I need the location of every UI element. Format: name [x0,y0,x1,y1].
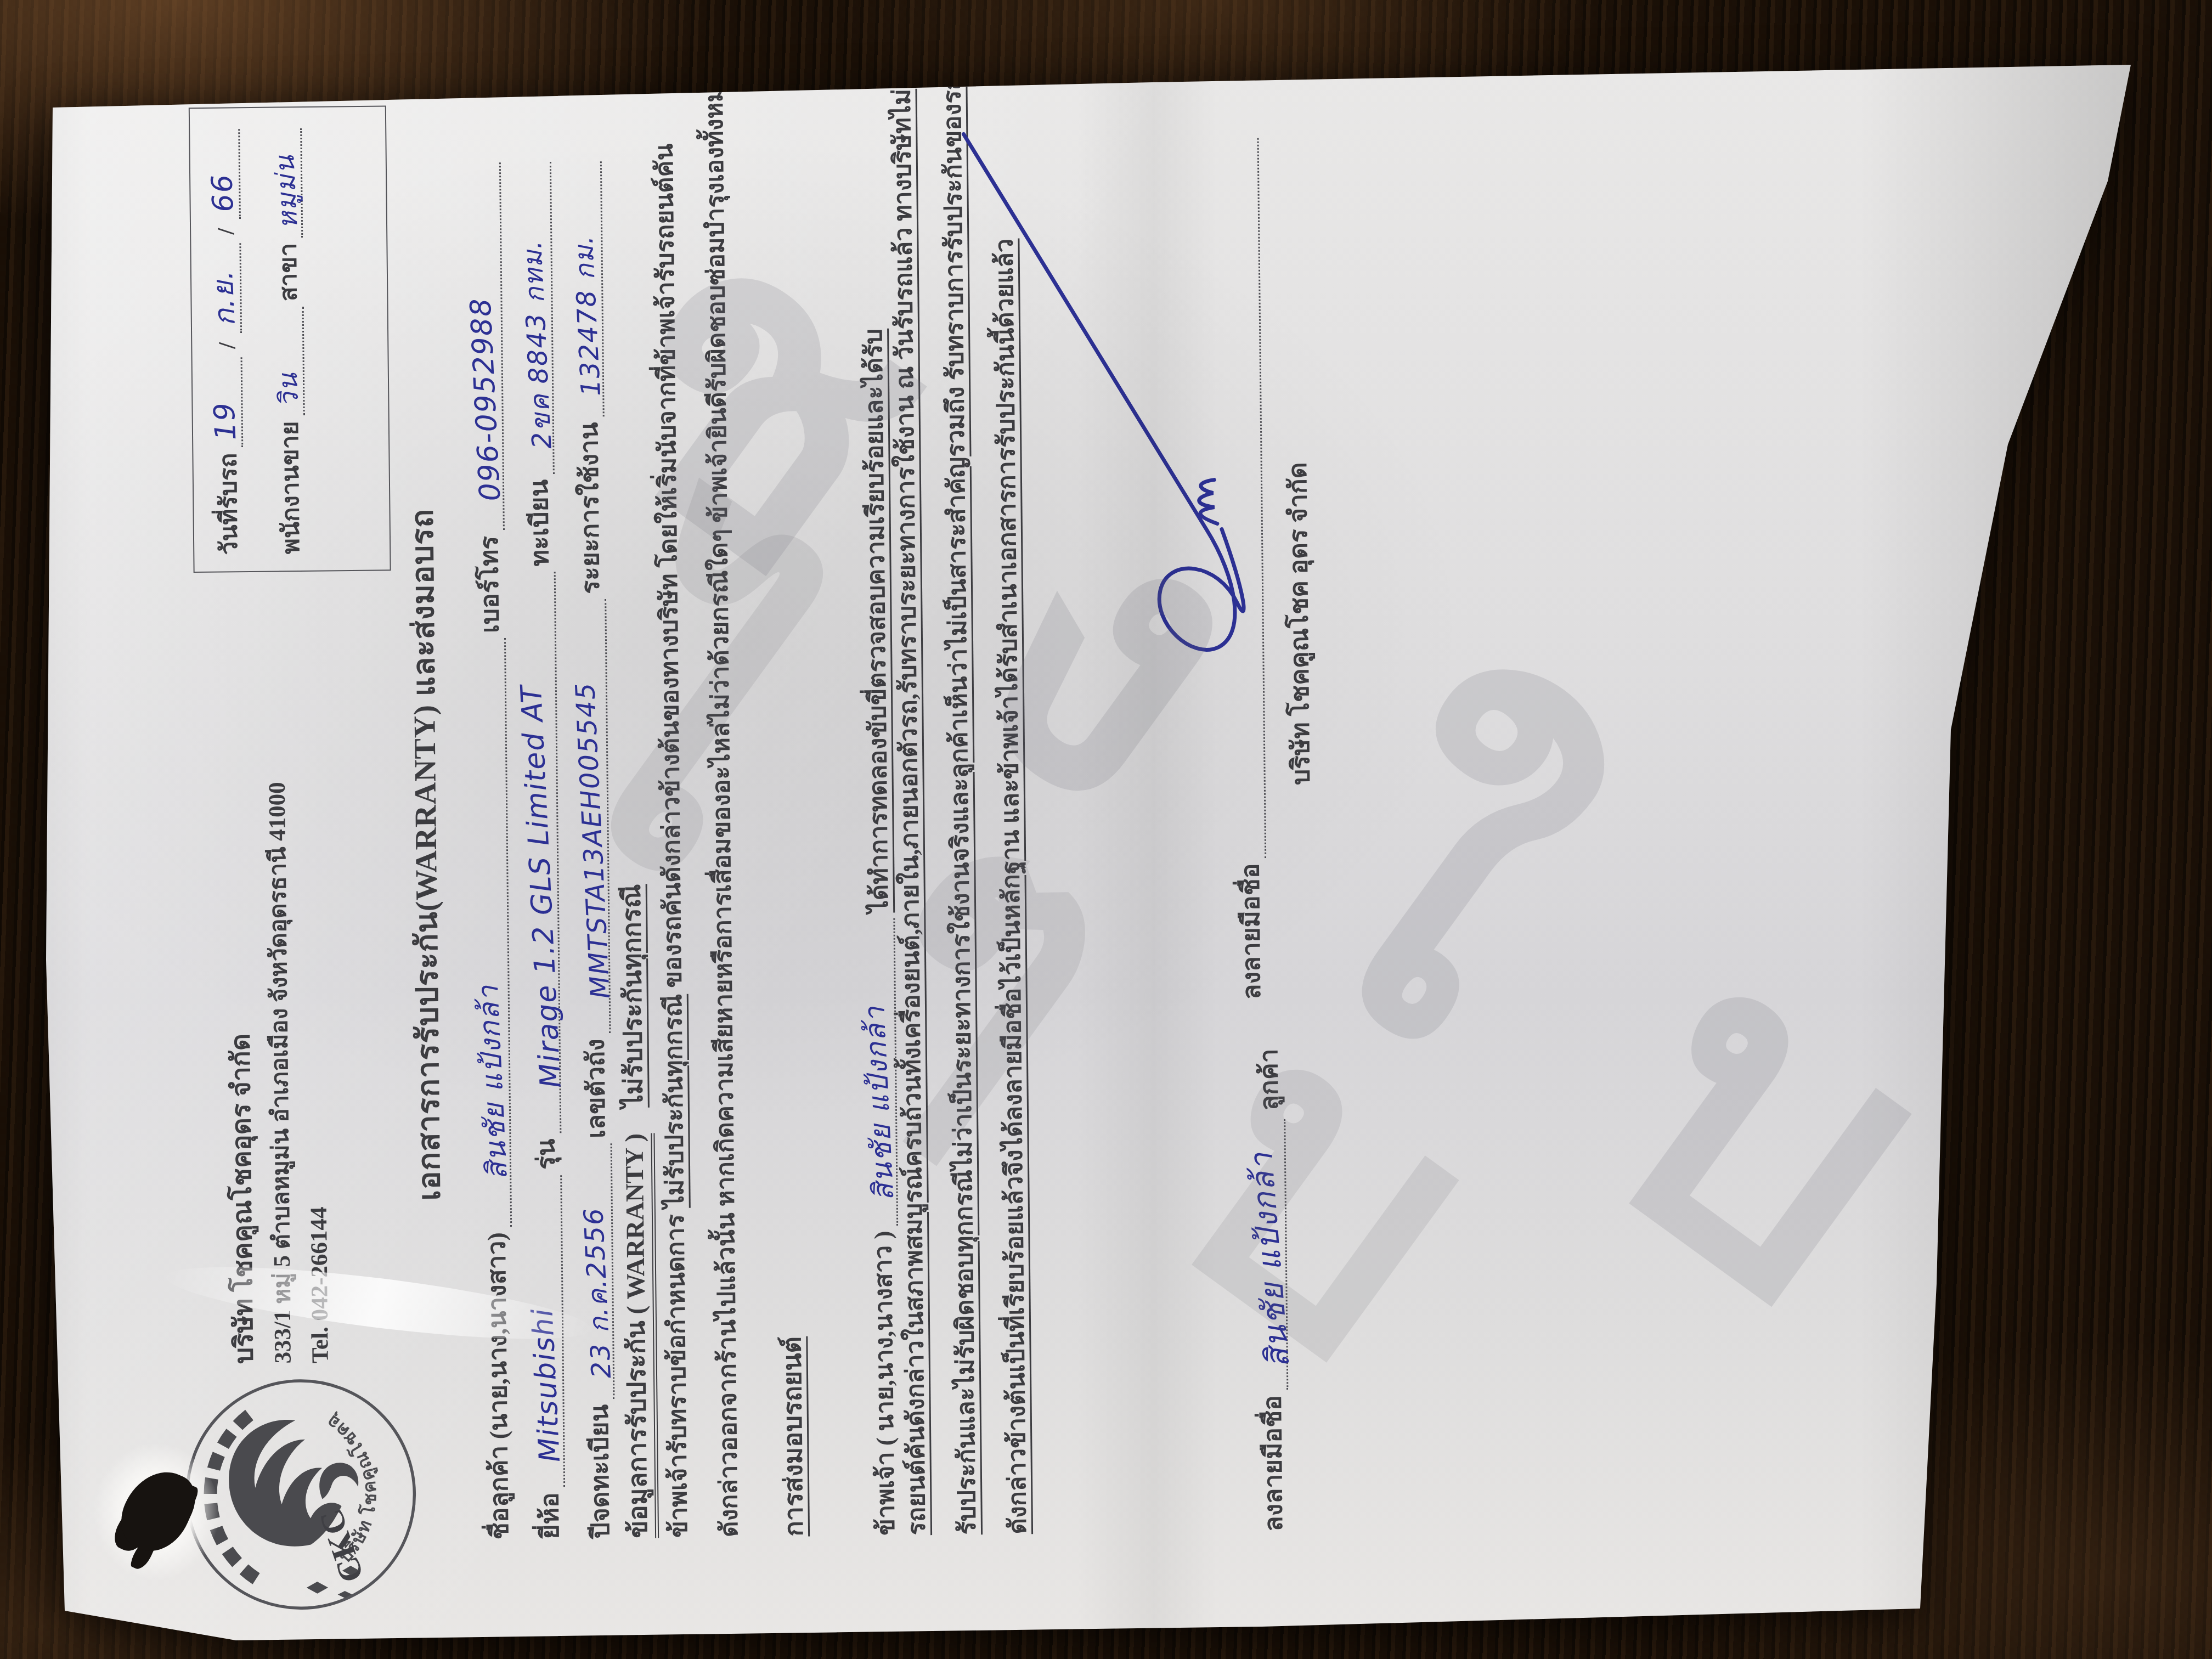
plate-handwriting: 2ขค 8843 กทม. [516,239,559,450]
company-header: บริษัท โชคคูณโชคอุดร จำกัด 333/1 หมู่ 5 … [220,595,335,1364]
date-day-handwriting: 19 [207,401,244,441]
slash: / [211,224,241,238]
regyear-field: 23 ก.ค.2556 [604,1144,615,1399]
date-year-field: 66 [232,129,241,219]
seller-label: พนักงานขาย [275,421,307,554]
slash: / [212,338,242,352]
delivery-section-heading: การส่งมอบรถยนต์ [776,1336,811,1537]
regyear-label: ปีจดทะเบียน [583,1404,616,1539]
date-month-handwriting: ก.ย. [205,269,244,327]
customer-label: ชื่อลูกค้า (นาย,นาง,นางสาว) [481,1232,515,1540]
date-box: วันที่รับรถ 19 / ก.ย. / 66 พนักงานขาย วิ… [189,105,391,573]
mileage-field: 132478 กม. [594,161,605,416]
date-row: วันที่รับรถ 19 / ก.ย. / 66 [210,123,244,555]
company-phone: Tel. 042-266144 [298,595,335,1363]
warranty-line1-a: ข้าพเจ้ารับทราบข้อกำหนดการ [662,1208,692,1538]
seller-field: วิน [296,307,305,416]
paper-crease-shadow [1075,0,1218,1659]
mileage-handwriting: 132478 กม. [567,234,608,397]
photo-of-warranty-document: บริษัท โชคคูณโชคอุดร CKC บริษัท โชคคูณโช… [0,0,2212,1659]
branch-label: สาขา [273,243,303,302]
phone-handwriting: 096-0952988 [463,296,509,501]
paper-sheet-wrap: บริษัท โชคคูณโชคอุดร CKC บริษัท โชคคูณโช… [0,0,2212,1659]
date-label: วันที่รับรถ [213,453,244,555]
branch-handwriting: หมูม่น [268,154,305,230]
date-day-field: 19 [234,358,244,448]
seller-handwriting: วิน [272,371,306,408]
customer-name-handwriting: สินชัย แป้งกล้า [471,984,516,1181]
model-label: รุ่น [530,1139,562,1170]
date-month-field: ก.ย. [233,243,242,333]
delivery-line1-label: ข้าพเจ้า ( นาย,นาง,นางสาว ) [867,1231,901,1536]
branch-field: หมูม่น [294,128,303,238]
warranty-heading: ข้อมูลการรับประกัน ( WARRANTY ) [620,1133,659,1538]
regyear-handwriting: 23 ก.ค.2556 [577,1206,618,1379]
company-address: 333/1 หมู่ 5 ตำบลหมูม่น อำเภอเมือง จังหว… [261,595,298,1363]
paper-sheet: บริษัท โชคคูณโชคอุดร CKC บริษัท โชคคูณโช… [0,0,2212,1659]
vin-label: เลขตัวถัง [579,1039,612,1138]
date-year-handwriting: 66 [205,173,242,213]
brand-label: ยี่ห้อ [534,1492,566,1539]
seller-row: พนักงานขาย วิน สาขา หมูม่น [272,123,306,555]
company-name: บริษัท โชคคูณโชคอุดร จำกัด [220,596,261,1364]
